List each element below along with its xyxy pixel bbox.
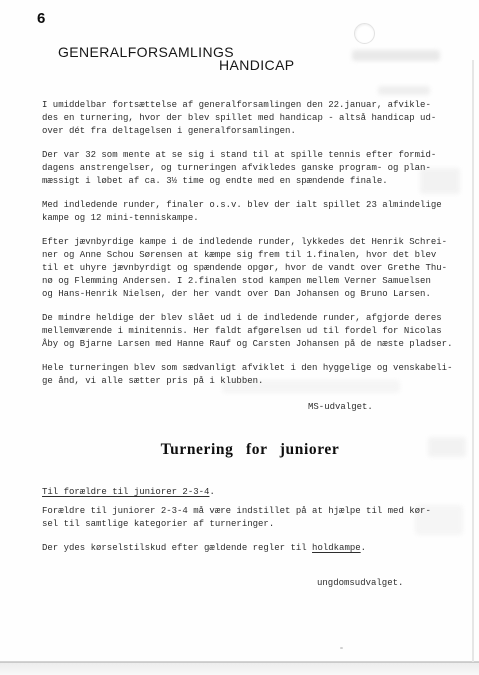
- scanned-newsletter-page: 6 GENERALFORSAMLINGS HANDICAP I umiddelb…: [0, 0, 479, 675]
- page-title-line1: GENERALFORSAMLINGS: [58, 44, 234, 60]
- paragraph: De mindre heldige der blev slået ud i de…: [42, 312, 472, 351]
- page-number: 6: [37, 10, 45, 27]
- underlined-term: holdkampe: [312, 543, 361, 553]
- paragraph-text: Der ydes kørselstilskud efter gældende r…: [42, 543, 312, 553]
- paragraph: Der var 32 som mente at se sig i stand t…: [42, 149, 472, 188]
- article-generalforsamlings-handicap: I umiddelbar fortsættelse af generalfors…: [42, 99, 472, 414]
- punch-hole: [354, 23, 375, 44]
- paragraph: Forældre til juniorer 2-3-4 må være inds…: [42, 505, 472, 531]
- bleedthrough-smudge: [378, 86, 430, 95]
- section-heading: Turnering for juniorer: [42, 441, 458, 459]
- article-turnering-for-juniorer: Turnering for juniorer Til forældre til …: [42, 441, 472, 590]
- underlined-heading-text: Til forældre til juniorer 2-3-4: [42, 487, 209, 497]
- subsection-heading: Til forældre til juniorer 2-3-4.: [42, 486, 472, 499]
- paragraph: I umiddelbar fortsættelse af generalfors…: [42, 99, 472, 138]
- page-title-line2: HANDICAP: [219, 57, 295, 73]
- paragraph: Der ydes kørselstilskud efter gældende r…: [42, 542, 472, 555]
- paragraph: Efter jævnbyrdige kampe i de indledende …: [42, 236, 472, 301]
- paragraph: Hele turneringen blev som sædvanligt afv…: [42, 362, 472, 388]
- article-signature: MS-udvalget.: [308, 401, 472, 414]
- scan-background: [0, 663, 479, 675]
- heading-period: .: [209, 487, 214, 497]
- page-body: I umiddelbar fortsættelse af generalfors…: [42, 99, 472, 590]
- page-right-edge: [472, 60, 474, 662]
- bleedthrough-smudge: [352, 50, 440, 61]
- paragraph: Med indledende runder, finaler o.s.v. bl…: [42, 199, 472, 225]
- paragraph-period: .: [361, 543, 366, 553]
- scan-speck: [340, 647, 343, 649]
- article-signature: ungdomsudvalget.: [317, 577, 472, 590]
